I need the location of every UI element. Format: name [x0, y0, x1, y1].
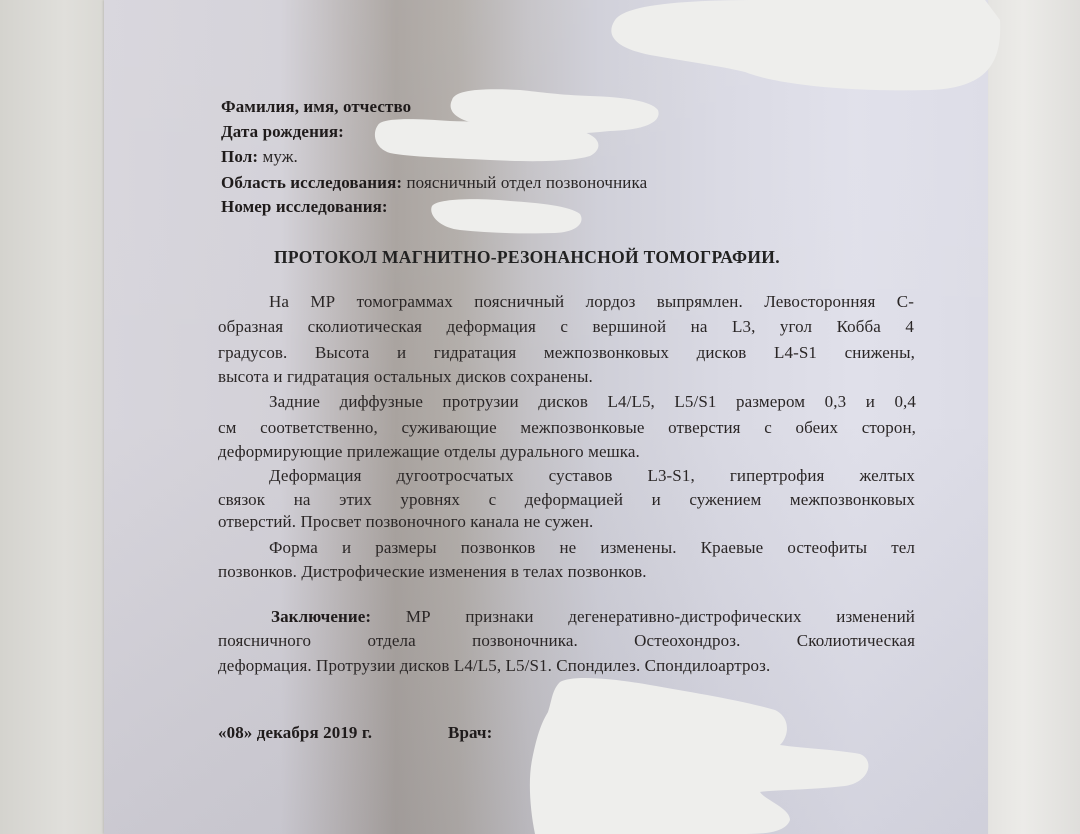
redaction-blob-doctor: [530, 678, 869, 834]
redaction-blob-top: [611, 0, 1000, 90]
redaction-overlay: [0, 0, 1080, 834]
redaction-blob-study-number: [431, 199, 581, 233]
